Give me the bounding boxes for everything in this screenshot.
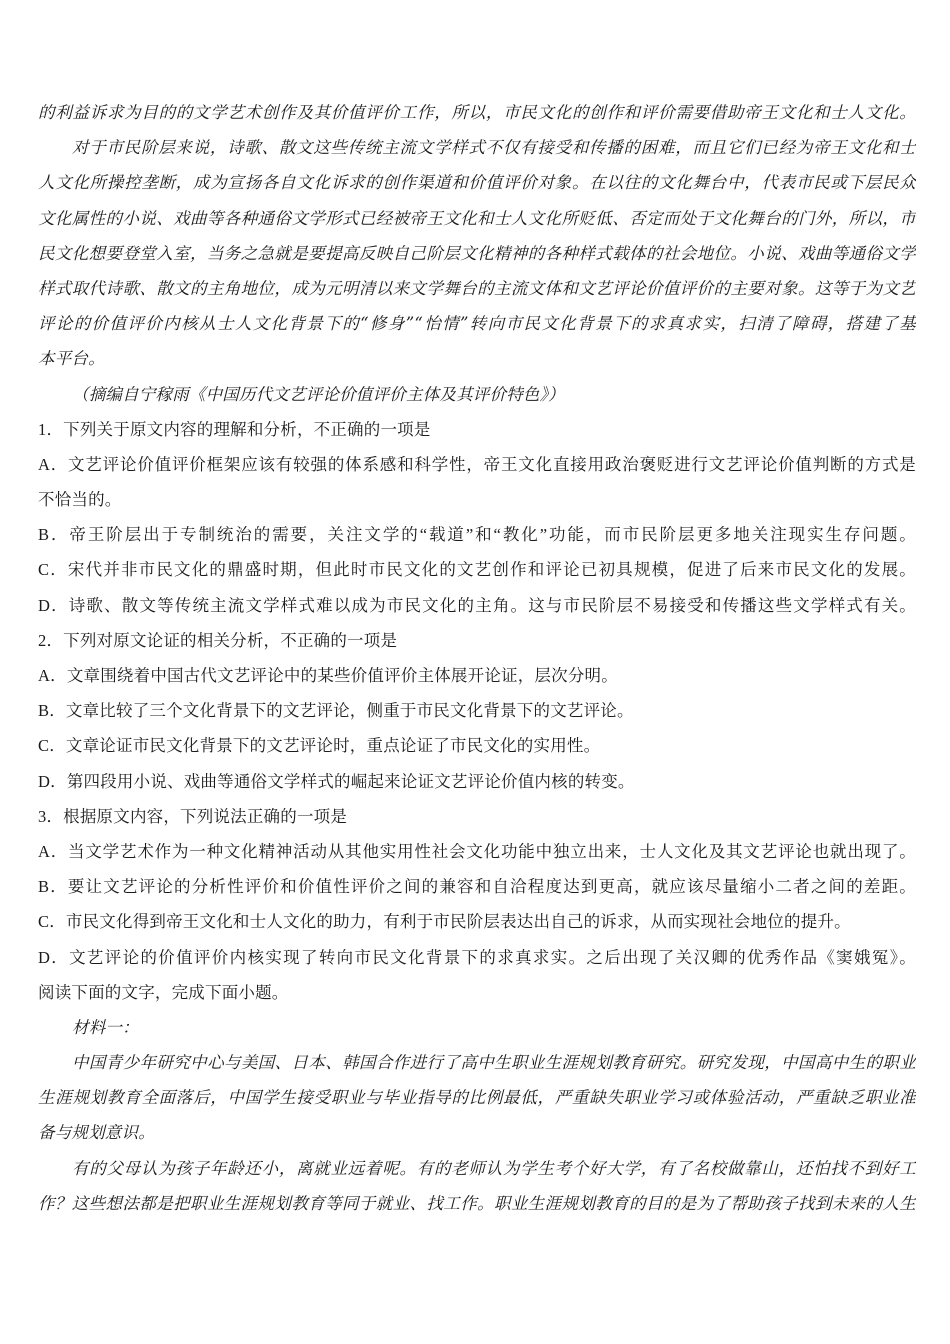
- text-line: C．宋代并非市民文化的鼎盛时期，但此时市民文化的文艺创作和评论已初具规模，促进了…: [38, 552, 916, 587]
- text-line: 作？这些想法都是把职业生涯规划教育等同于就业、找工作。职业生涯规划教育的目的是为…: [38, 1186, 916, 1221]
- text-line: C．文章论证市民文化背景下的文艺评论时，重点论证了市民文化的实用性。: [38, 728, 916, 763]
- text-line: D．第四段用小说、戏曲等通俗文学样式的崛起来论证文艺评论价值内核的转变。: [38, 764, 916, 799]
- text-line: 本平台。: [38, 341, 916, 376]
- text-line: 阅读下面的文字，完成下面小题。: [38, 975, 916, 1010]
- text-line: （摘编自宁稼雨《中国历代文艺评论价值评价主体及其评价特色》）: [38, 377, 916, 412]
- text-line: 样式取代诗歌、散文的主角地位，成为元明清以来文学舞台的主流文体和文艺评论价值评价…: [38, 271, 916, 306]
- text-line: D．文艺评论的价值评价内核实现了转向市民文化背景下的求真求实。之后出现了关汉卿的…: [38, 940, 916, 975]
- text-line: A．文章围绕着中国古代文艺评论中的某些价值评价主体展开论证，层次分明。: [38, 658, 916, 693]
- text-line: 人文化所操控垄断，成为宣扬各自文化诉求的创作渠道和价值评价对象。在以往的文化舞台…: [38, 165, 916, 200]
- text-line: 不恰当的。: [38, 482, 916, 517]
- text-line: 3．根据原文内容，下列说法正确的一项是: [38, 799, 916, 834]
- text-line: 备与规划意识。: [38, 1115, 916, 1150]
- text-line: 对于市民阶层来说，诗歌、散文这些传统主流文学样式不仅有接受和传播的困难，而且它们…: [38, 130, 916, 165]
- text-line: 文化属性的小说、戏曲等各种通俗文学形式已经被帝王文化和士人文化所贬低、否定而处于…: [38, 201, 916, 236]
- text-line: 民文化想要登堂入室，当务之急就是要提高反映自己阶层文化精神的各种样式载体的社会地…: [38, 236, 916, 271]
- text-line: 2．下列对原文论证的相关分析，不正确的一项是: [38, 623, 916, 658]
- text-line: 材料一：: [38, 1010, 916, 1045]
- exam-document-page: 的利益诉求为目的的文学艺术创作及其价值评价工作，所以，市民文化的创作和评价需要借…: [0, 0, 950, 1344]
- text-line: A．文艺评论价值评价框架应该有较强的体系感和科学性，帝王文化直接用政治褒贬进行文…: [38, 447, 916, 482]
- text-line: A．当文学艺术作为一种文化精神活动从其他实用性社会文化功能中独立出来，士人文化及…: [38, 834, 916, 869]
- text-line: 评论的价值评价内核从士人文化背景下的“修身”“怡情”转向市民文化背景下的求真求实…: [38, 306, 916, 341]
- text-line: 生涯规划教育全面落后，中国学生接受职业与毕业指导的比例最低，严重缺失职业学习或体…: [38, 1080, 916, 1115]
- text-line: 的利益诉求为目的的文学艺术创作及其价值评价工作，所以，市民文化的创作和评价需要借…: [38, 95, 916, 130]
- text-line: 有的父母认为孩子年龄还小，离就业远着呢。有的老师认为学生考个好大学，有了名校做靠…: [38, 1151, 916, 1186]
- text-line: B．帝王阶层出于专制统治的需要，关注文学的“载道”和“教化”功能，而市民阶层更多…: [38, 517, 916, 552]
- text-line: D．诗歌、散文等传统主流文学样式难以成为市民文化的主角。这与市民阶层不易接受和传…: [38, 588, 916, 623]
- text-line: B．要让文艺评论的分析性评价和价值性评价之间的兼容和自洽程度达到更高，就应该尽量…: [38, 869, 916, 904]
- text-line: 1．下列关于原文内容的理解和分析，不正确的一项是: [38, 412, 916, 447]
- text-line: C．市民文化得到帝王文化和士人文化的助力，有利于市民阶层表达出自己的诉求，从而实…: [38, 904, 916, 939]
- text-line: B．文章比较了三个文化背景下的文艺评论，侧重于市民文化背景下的文艺评论。: [38, 693, 916, 728]
- text-line: 中国青少年研究中心与美国、日本、韩国合作进行了高中生职业生涯规划教育研究。研究发…: [38, 1045, 916, 1080]
- document-text-block: 的利益诉求为目的的文学艺术创作及其价值评价工作，所以，市民文化的创作和评价需要借…: [38, 95, 916, 1221]
